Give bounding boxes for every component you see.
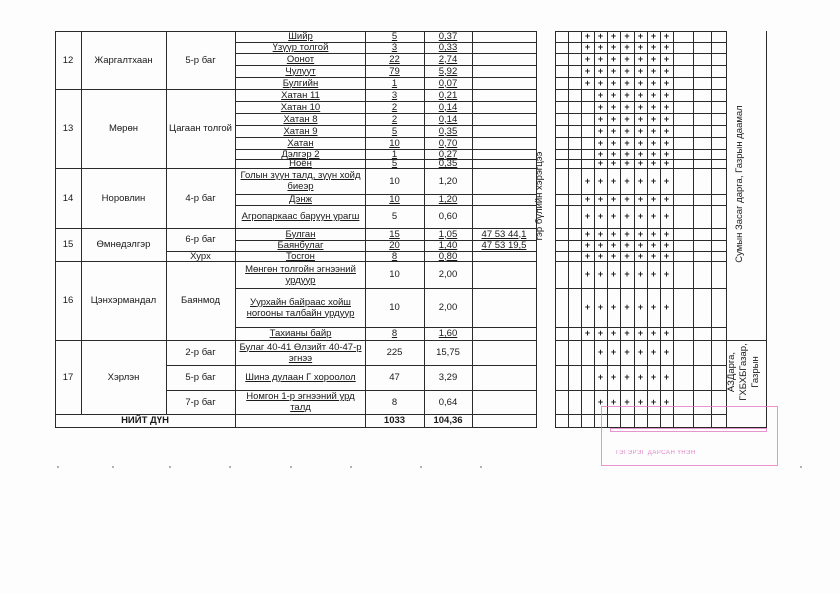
checkmark-plus: + [620, 340, 634, 365]
checkmark-plus: + [647, 53, 660, 65]
place-cell: Булаг 40-41 Өлзийт 40-47-р эгнээ [237, 340, 364, 365]
checkmark-plus: + [634, 340, 647, 365]
count-cell: 3 [365, 89, 424, 101]
row-divider [235, 125, 537, 126]
checkmark-plus: + [607, 365, 620, 390]
count-cell: 10 [365, 194, 424, 205]
scan-artifact [169, 466, 171, 468]
checkmark-plus: + [581, 205, 594, 228]
checkmark-plus: + [634, 31, 647, 42]
column-divider [673, 31, 674, 428]
count-cell: 1 [365, 149, 424, 159]
checkmark-plus: + [607, 251, 620, 261]
checkmark-plus: + [594, 113, 607, 125]
checkmark-plus: + [607, 31, 620, 42]
checkmark-plus: + [620, 89, 634, 101]
place-cell: Хатан 11 [237, 89, 364, 101]
checkmark-plus: + [634, 228, 647, 240]
checkmark-plus: + [594, 205, 607, 228]
checkmark-plus: + [620, 31, 634, 42]
area-cell: 0,14 [424, 101, 472, 113]
row-divider [55, 261, 167, 262]
checkmark-plus: + [620, 288, 634, 327]
count-cell: 2 [365, 113, 424, 125]
area-cell: 0,37 [424, 31, 472, 42]
soum-cell: Норовлин [81, 168, 166, 228]
bag-cell: 5-р баг [166, 365, 235, 390]
checkmark-plus: + [607, 228, 620, 240]
count-cell: 10 [365, 137, 424, 149]
checkmark-plus: + [634, 251, 647, 261]
place-cell: Хатан 8 [237, 113, 364, 125]
checkmark-plus: + [634, 137, 647, 149]
area-cell: 3,29 [424, 365, 472, 390]
bag-cell: 6-р баг [166, 228, 235, 251]
row-divider [235, 240, 537, 241]
checkmark-plus: + [581, 42, 594, 53]
checkmark-plus: + [607, 205, 620, 228]
checkmark-plus: + [620, 159, 634, 168]
row-divider [235, 365, 537, 366]
count-cell: 225 [365, 340, 424, 365]
checkmark-plus: + [594, 89, 607, 101]
checkmark-plus: + [607, 101, 620, 113]
checkmark-plus: + [594, 251, 607, 261]
column-divider [424, 31, 425, 428]
count-cell: 20 [365, 240, 424, 251]
row-divider [55, 228, 167, 229]
row-divider [55, 168, 167, 169]
place-cell: Хатан [237, 137, 364, 149]
row-number-cell: 12 [55, 31, 81, 89]
checkmark-plus: + [594, 65, 607, 77]
checkmark-plus: + [647, 125, 660, 137]
column-divider [55, 31, 56, 428]
checkmark-plus: + [660, 205, 673, 228]
row-divider [235, 390, 537, 391]
checkmark-plus: + [594, 168, 607, 194]
row-divider [55, 340, 167, 341]
row-divider [55, 427, 537, 428]
row-divider [235, 65, 537, 66]
total-area: 104,36 [424, 414, 472, 427]
area-cell: 0,35 [424, 159, 472, 168]
area-cell: 1,20 [424, 194, 472, 205]
column-divider [81, 31, 82, 415]
checkmark-plus: + [620, 365, 634, 390]
checkmark-plus: + [594, 137, 607, 149]
place-cell: Баянбулаг [237, 240, 364, 251]
column-divider [235, 31, 236, 428]
checkmark-plus: + [620, 168, 634, 194]
checkmark-plus: + [620, 194, 634, 205]
checkmark-plus: + [581, 228, 594, 240]
checkmark-plus: + [620, 327, 634, 340]
count-cell: 5 [365, 205, 424, 228]
count-cell: 8 [365, 390, 424, 414]
place-cell: Голын зүүн талд, зүүн хойд биеэр [237, 168, 364, 194]
checkmark-plus: + [607, 194, 620, 205]
checkmark-plus: + [660, 42, 673, 53]
checkmark-plus: + [647, 228, 660, 240]
row-divider [235, 228, 537, 229]
checkmark-plus: + [647, 101, 660, 113]
place-cell: Булган [237, 228, 364, 240]
scan-artifact [229, 466, 231, 468]
checkmark-plus: + [620, 251, 634, 261]
checkmark-plus: + [634, 194, 647, 205]
row-number-cell: 14 [55, 168, 81, 228]
checkmark-plus: + [581, 168, 594, 194]
checkmark-plus: + [660, 31, 673, 42]
checkmark-plus: + [607, 53, 620, 65]
checkmark-plus: + [634, 89, 647, 101]
place-cell: Агропаркаас баруун урагш [237, 205, 364, 228]
soum-cell: Жаргалтхаан [81, 31, 166, 89]
checkmark-plus: + [647, 159, 660, 168]
checkmark-plus: + [607, 288, 620, 327]
row-divider [235, 288, 537, 289]
checkmark-plus: + [594, 240, 607, 251]
count-cell: 5 [365, 31, 424, 42]
checkmark-plus: + [620, 77, 634, 89]
checkmark-plus: + [607, 168, 620, 194]
area-cell: 2,74 [424, 53, 472, 65]
checkmark-plus: + [660, 149, 673, 159]
checkmark-plus: + [660, 159, 673, 168]
checkmark-plus: + [607, 149, 620, 159]
checkmark-plus: + [607, 77, 620, 89]
checkmark-plus: + [581, 261, 594, 288]
checkmark-plus: + [581, 251, 594, 261]
checkmark-plus: + [634, 125, 647, 137]
checkmark-plus: + [660, 327, 673, 340]
row-divider [235, 168, 537, 169]
bag-cell: Цагаан толгой [166, 89, 235, 168]
place-cell: Чулуут [237, 65, 364, 77]
place-cell: Хатан 9 [237, 125, 364, 137]
row-number-cell: 13 [55, 89, 81, 168]
checkmark-plus: + [634, 149, 647, 159]
coordinate-cell: 47 53 19,5 [472, 240, 536, 251]
place-cell: Дэлгэр 2 [237, 149, 364, 159]
row-divider [235, 149, 537, 150]
responsible-officer-label: Сумын Засаг дарга, Газрын даамал [734, 34, 758, 334]
place-cell: Булгийн [237, 77, 364, 89]
place-cell: Ноён [237, 159, 364, 168]
checkmark-plus: + [594, 125, 607, 137]
checkmark-plus: + [634, 288, 647, 327]
row-divider [235, 77, 537, 78]
place-cell: Дэнж [237, 194, 364, 205]
place-cell: Уурхайн байраас хойш ногооны талбайн урд… [237, 288, 364, 327]
checkmark-plus: + [594, 327, 607, 340]
count-cell: 79 [365, 65, 424, 77]
checkmark-plus: + [594, 101, 607, 113]
count-cell: 5 [365, 159, 424, 168]
row-divider [235, 137, 537, 138]
checkmark-plus: + [607, 159, 620, 168]
checkmark-plus: + [620, 113, 634, 125]
row-divider [235, 159, 537, 160]
checkmark-plus: + [594, 261, 607, 288]
place-cell: Тахианы байр [237, 327, 364, 340]
checkmark-plus: + [660, 137, 673, 149]
place-cell: Оонот [237, 53, 364, 65]
area-cell: 0,21 [424, 89, 472, 101]
checkmark-plus: + [660, 288, 673, 327]
checkmark-plus: + [634, 113, 647, 125]
checkmark-plus: + [607, 261, 620, 288]
checkmark-plus: + [620, 42, 634, 53]
checkmark-plus: + [581, 240, 594, 251]
checkmark-plus: + [660, 340, 673, 365]
checkmark-plus: + [647, 340, 660, 365]
area-cell: 1,40 [424, 240, 472, 251]
count-cell: 22 [365, 53, 424, 65]
checkmark-plus: + [581, 65, 594, 77]
total-label: НИЙТ ДҮН [55, 414, 235, 427]
column-divider [472, 31, 473, 428]
area-cell: 0,70 [424, 137, 472, 149]
checkmark-plus: + [634, 53, 647, 65]
column-divider [693, 31, 694, 428]
column-divider [711, 31, 712, 428]
total-count: 1033 [365, 414, 424, 427]
row-divider [235, 113, 537, 114]
area-cell: 5,92 [424, 65, 472, 77]
bag-cell: 7-р баг [166, 390, 235, 414]
soum-cell: Цэнхэрмандал [81, 261, 166, 340]
row-divider [235, 101, 537, 102]
area-cell: 0,14 [424, 113, 472, 125]
checkmark-plus: + [634, 65, 647, 77]
area-cell: 15,75 [424, 340, 472, 365]
checkmark-plus: + [647, 327, 660, 340]
scan-artifact [480, 466, 482, 468]
checkmark-plus: + [594, 365, 607, 390]
row-divider [235, 340, 537, 341]
row-divider [235, 89, 537, 90]
checkmark-plus: + [660, 89, 673, 101]
count-cell: 1 [365, 77, 424, 89]
bag-cell: Баянмод [166, 261, 235, 340]
bag-cell: Хурх [166, 251, 235, 261]
row-divider [235, 261, 537, 262]
checkmark-plus: + [594, 228, 607, 240]
count-cell: 10 [365, 168, 424, 194]
row-divider [235, 327, 537, 328]
checkmark-plus: + [634, 168, 647, 194]
checkmark-plus: + [594, 194, 607, 205]
area-cell: 0,27 [424, 149, 472, 159]
count-cell: 8 [365, 251, 424, 261]
checkmark-plus: + [581, 194, 594, 205]
checkmark-plus: + [581, 77, 594, 89]
checkmark-plus: + [647, 168, 660, 194]
checkmark-plus: + [634, 261, 647, 288]
checkmark-plus: + [660, 194, 673, 205]
row-divider [235, 53, 537, 54]
count-cell: 3 [365, 42, 424, 53]
place-cell: Шинэ дулаан Г хороолол [237, 365, 364, 390]
count-cell: 10 [365, 261, 424, 288]
checkmark-plus: + [620, 125, 634, 137]
count-cell: 47 [365, 365, 424, 390]
checkmark-plus: + [581, 31, 594, 42]
checkmark-plus: + [607, 42, 620, 53]
area-cell: 1,05 [424, 228, 472, 240]
checkmark-plus: + [634, 327, 647, 340]
scan-artifact [112, 466, 114, 468]
checkmark-plus: + [647, 288, 660, 327]
checkmark-plus: + [620, 228, 634, 240]
count-cell: 5 [365, 125, 424, 137]
scan-artifact [57, 466, 59, 468]
checkmark-plus: + [647, 89, 660, 101]
checkmark-plus: + [647, 137, 660, 149]
checkmark-plus: + [647, 194, 660, 205]
checkmark-plus: + [647, 365, 660, 390]
checkmark-plus: + [634, 159, 647, 168]
checkmark-plus: + [620, 53, 634, 65]
checkmark-plus: + [647, 251, 660, 261]
row-divider [235, 205, 537, 206]
checkmark-plus: + [660, 168, 673, 194]
checkmark-plus: + [647, 77, 660, 89]
soum-cell: Мөрөн [81, 89, 166, 168]
bag-cell: 2-р баг [166, 340, 235, 365]
checkmark-plus: + [647, 205, 660, 228]
checkmark-plus: + [660, 77, 673, 89]
area-cell: 0,07 [424, 77, 472, 89]
soum-cell: Өмнөдэлгэр [81, 228, 166, 261]
area-cell: 2,00 [424, 288, 472, 327]
checkmark-plus: + [607, 340, 620, 365]
area-cell: 1,60 [424, 327, 472, 340]
checkmark-plus: + [594, 42, 607, 53]
checkmark-plus: + [607, 113, 620, 125]
soum-cell: Хэрлэн [81, 340, 166, 414]
checkmark-plus: + [647, 42, 660, 53]
row-divider [235, 251, 537, 252]
checkmark-plus: + [660, 65, 673, 77]
checkmark-plus: + [660, 101, 673, 113]
row-number-cell: 17 [55, 340, 81, 414]
bag-cell: 4-р баг [166, 168, 235, 228]
column-divider [568, 31, 569, 428]
checkmark-plus: + [634, 77, 647, 89]
place-cell: Тосгон [237, 251, 364, 261]
place-cell: Хатан 10 [237, 101, 364, 113]
column-divider [365, 31, 366, 428]
checkmark-plus: + [620, 240, 634, 251]
row-divider [235, 194, 537, 195]
area-cell: 0,33 [424, 42, 472, 53]
checkmark-plus: + [660, 125, 673, 137]
checkmark-plus: + [660, 365, 673, 390]
checkmark-plus: + [634, 240, 647, 251]
scan-artifact [290, 466, 292, 468]
checkmark-plus: + [607, 125, 620, 137]
checkmark-plus: + [607, 65, 620, 77]
scan-artifact [800, 466, 802, 468]
row-divider [235, 42, 537, 43]
row-number-cell: 16 [55, 261, 81, 340]
area-cell: 2,00 [424, 261, 472, 288]
scan-artifact [350, 466, 352, 468]
area-cell: 1,20 [424, 168, 472, 194]
checkmark-plus: + [634, 205, 647, 228]
column-divider [766, 31, 767, 428]
official-stamp-inner [610, 428, 767, 432]
checkmark-plus: + [620, 137, 634, 149]
place-cell: Шийр [237, 31, 364, 42]
checkmark-plus: + [607, 327, 620, 340]
checkmark-plus: + [581, 288, 594, 327]
checkmark-plus: + [581, 53, 594, 65]
checkmark-plus: + [607, 137, 620, 149]
checkmark-plus: + [634, 101, 647, 113]
row-number-cell: 15 [55, 228, 81, 261]
checkmark-plus: + [647, 240, 660, 251]
checkmark-plus: + [660, 261, 673, 288]
checkmark-plus: + [581, 327, 594, 340]
checkmark-plus: + [594, 53, 607, 65]
place-cell: Номгон 1-р эгнээний урд талд [237, 390, 364, 414]
responsible-officer-label-2: АЗДарга, ГХБХБГазар, Газрын [726, 337, 766, 407]
place-cell: Мөнгөн толгойн эгнээний урдуур [237, 261, 364, 288]
checkmark-plus: + [594, 77, 607, 89]
row-divider [55, 31, 537, 32]
checkmark-plus: + [660, 251, 673, 261]
area-cell: 0,80 [424, 251, 472, 261]
scan-artifact [420, 466, 422, 468]
checkmark-plus: + [594, 149, 607, 159]
checkmark-plus: + [620, 101, 634, 113]
count-cell: 10 [365, 288, 424, 327]
area-cell: 0,64 [424, 390, 472, 414]
household-need-label: гэр бүлийн хэрэгцээ [534, 96, 558, 296]
checkmark-plus: + [594, 31, 607, 42]
coordinate-cell: 47 53 44,1 [472, 228, 536, 240]
checkmark-plus: + [620, 205, 634, 228]
checkmark-plus: + [660, 228, 673, 240]
checkmark-plus: + [647, 65, 660, 77]
checkmark-plus: + [647, 149, 660, 159]
checkmark-plus: + [660, 113, 673, 125]
count-cell: 2 [365, 101, 424, 113]
checkmark-plus: + [647, 261, 660, 288]
checkmark-plus: + [634, 365, 647, 390]
column-divider [166, 31, 167, 415]
checkmark-plus: + [634, 42, 647, 53]
checkmark-plus: + [607, 240, 620, 251]
area-cell: 0,60 [424, 205, 472, 228]
row-divider [55, 89, 167, 90]
checkmark-plus: + [607, 89, 620, 101]
checkmark-plus: + [594, 288, 607, 327]
place-cell: Үзүүр толгой [237, 42, 364, 53]
count-cell: 8 [365, 327, 424, 340]
checkmark-plus: + [660, 53, 673, 65]
checkmark-plus: + [620, 261, 634, 288]
checkmark-plus: + [594, 159, 607, 168]
checkmark-plus: + [620, 149, 634, 159]
checkmark-plus: + [647, 113, 660, 125]
area-cell: 0,35 [424, 125, 472, 137]
checkmark-plus: + [620, 65, 634, 77]
